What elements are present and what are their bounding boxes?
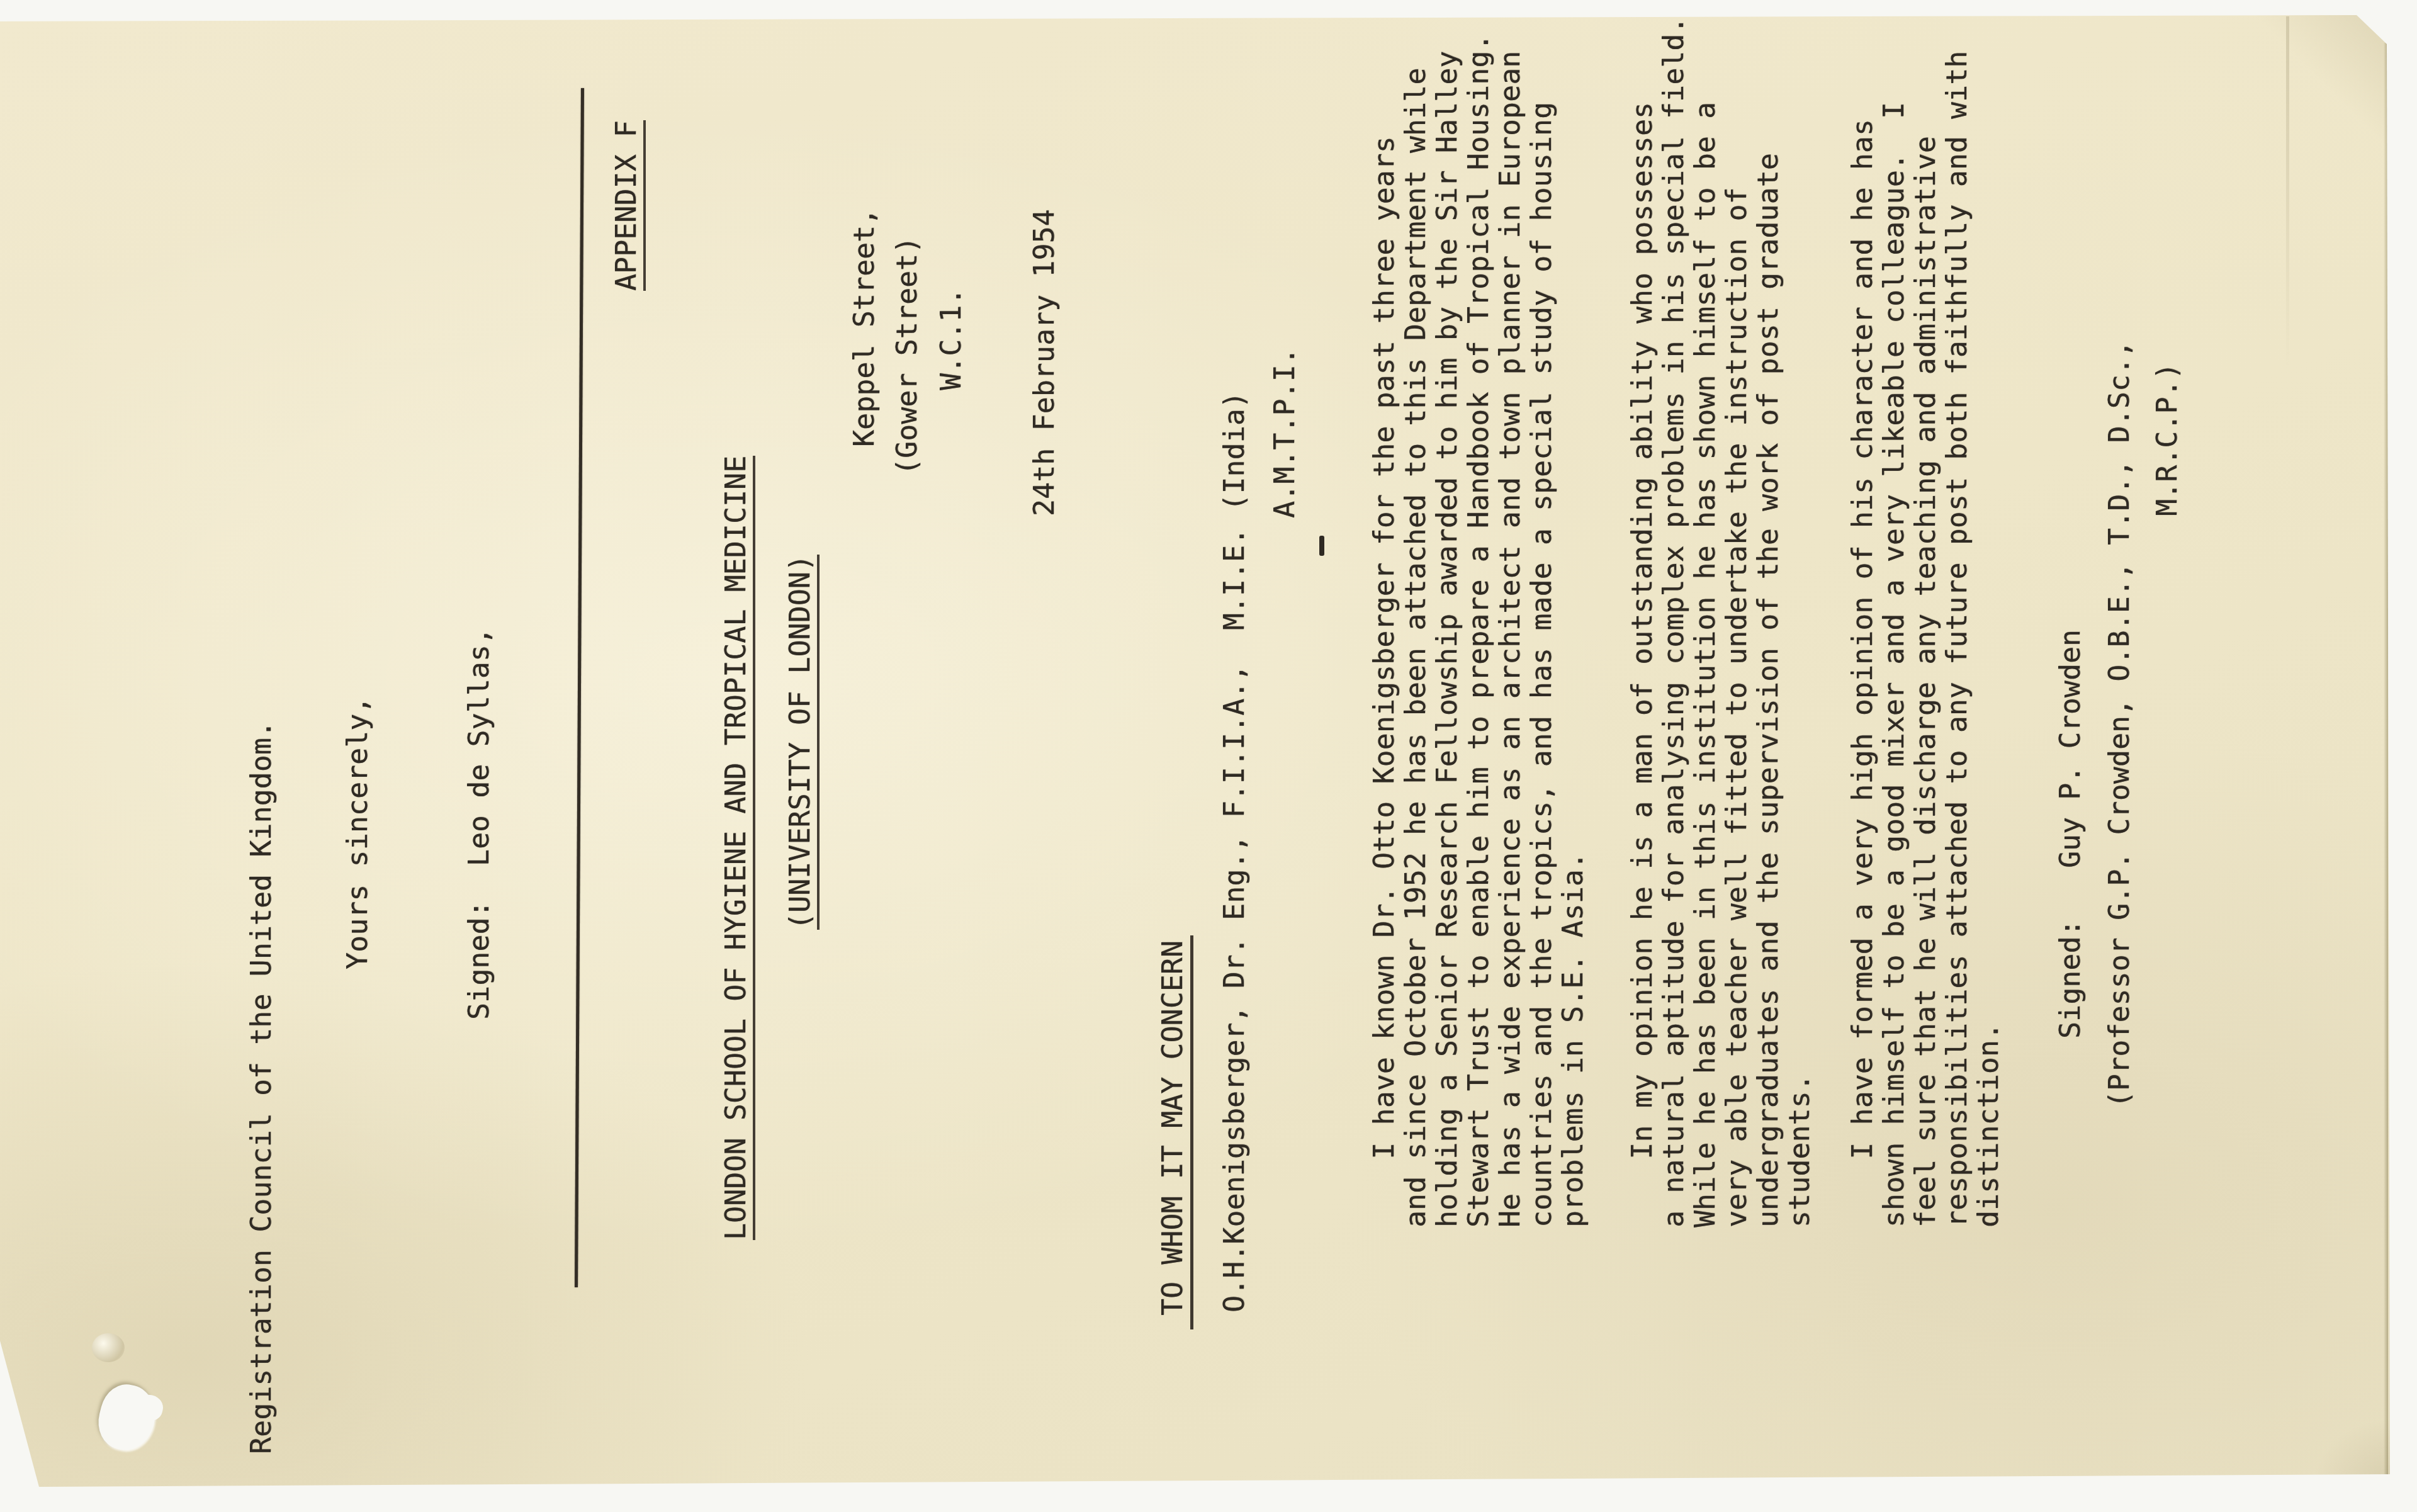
paragraph-2-line-1: In my opinion he is a man of outstanding… <box>1628 102 1656 1227</box>
paragraph-2-line-2: a natural aptitude for analysing complex… <box>1659 16 1687 1227</box>
paragraph-1-line-7: problems in S.E. Asia. <box>1558 852 1587 1227</box>
paragraph-2-line-5: undergraduates and the supervision of th… <box>1754 153 1782 1227</box>
paragraph-1-line-5: He has a wide experience as an architect… <box>1496 51 1524 1227</box>
paragraph-1-line-4: Stewart Trust to enable him to prepare a… <box>1464 34 1492 1227</box>
address-line-1: Keppel Street, <box>850 208 878 447</box>
paragraph-1-line-2: and since October 1952 he has been attac… <box>1401 68 1429 1227</box>
paragraph-1-line-3: holding a Senior Research Fellowship awa… <box>1433 51 1461 1227</box>
appendix-label: APPENDIX F <box>612 120 646 291</box>
paragraph-2-line-3: While he has been in this institution he… <box>1691 102 1719 1227</box>
paragraph-2-line-4: very able teacher well fitted to underta… <box>1722 187 1750 1227</box>
paragraph-3-line-3: feel sure that he will discharge any tea… <box>1911 136 1939 1227</box>
salutation-line: TO WHOM IT MAY CONCERN <box>1158 935 1193 1329</box>
previous-letter-addressee: Registration Council of the United Kingd… <box>247 721 275 1454</box>
divider-rule <box>575 88 584 1287</box>
paragraph-1-line-6: countries and the tropics, and has made … <box>1527 102 1555 1227</box>
letterhead-institution: LONDON SCHOOL OF HYGIENE AND TROPICAL ME… <box>721 456 755 1240</box>
scanner-background: Registration Council of the United Kingd… <box>0 0 2417 1512</box>
address-line-3: W.C.1. <box>937 288 965 390</box>
letter-content: Registration Council of the United Kingd… <box>0 0 2386 1492</box>
subject-qualification-line: A.M.T.P.I. <box>1270 347 1299 518</box>
ink-dash-mark <box>1319 536 1324 556</box>
paragraph-3-line-5: distinction. <box>1974 1023 2002 1227</box>
signature-signed-line: Signed: Guy P. Crowden <box>2056 629 2084 1039</box>
letterhead-university: (UNIVERSITY OF LONDON) <box>786 555 820 930</box>
paragraph-3-line-4: responsibilities attached to any future … <box>1942 51 1971 1227</box>
subject-name-line: O.H.Koenigsberger, Dr. Eng., F.I.I.A., M… <box>1220 392 1248 1312</box>
address-line-2: (Gower Street) <box>893 237 921 475</box>
signatory-title-line-2: M.R.C.P.) <box>2153 363 2181 516</box>
previous-signature-line: Signed: Leo de Syllas, <box>465 628 493 1020</box>
valediction-line: Yours sincerely, <box>343 697 371 969</box>
letter-date: 24th February 1954 <box>1030 209 1058 516</box>
paragraph-3-line-1: I have formed a very high opinion of his… <box>1848 119 1876 1227</box>
signatory-title-line-1: (Professor G.P. Crowden, O.B.E., T.D., D… <box>2105 341 2133 1108</box>
paragraph-1-line-1: I have known Dr. Otto Koenigsberger for … <box>1370 136 1398 1227</box>
paragraph-2-line-6: students. <box>1785 1074 1813 1227</box>
scanned-letter-page: Registration Council of the United Kingd… <box>0 0 2417 1512</box>
paragraph-3-line-2: shown himself to be a good mixer and a v… <box>1879 102 1908 1227</box>
paper-dimple <box>92 1333 125 1362</box>
